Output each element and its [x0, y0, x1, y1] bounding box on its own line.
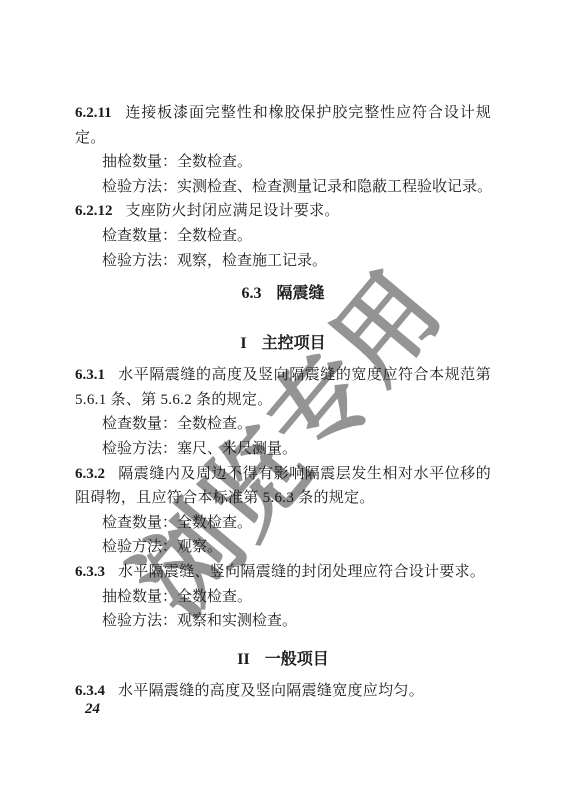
clause-number: 6.3.1: [75, 367, 105, 383]
subheading-main-control-items: I主控项目: [75, 331, 491, 356]
subsection-title: 一般项目: [265, 651, 329, 668]
clause-6-2-11: 6.2.11连接板漆面完整性和橡胶保护胶完整性应符合设计规定。: [75, 101, 491, 150]
inspection-method-line: 检验方法：实测检查、检查测量记录和隐蔽工程验收记录。: [75, 175, 491, 200]
section-title: 隔震缝: [276, 285, 324, 302]
clause-6-3-2: 6.3.2隔震缝内及周边不得有影响隔震层发生相对水平位移的阻碍物，且应符合本标准…: [75, 462, 491, 511]
clause-text: 支座防火封闭应满足设计要求。: [126, 203, 340, 219]
clause-text: 水平隔震缝、竖向隔震缝的封闭处理应符合设计要求。: [118, 564, 485, 580]
clause-text: 连接板漆面完整性和橡胶保护胶完整性应符合设计规定。: [75, 105, 491, 146]
inspection-method-line: 检验方法：观察，检查施工记录。: [75, 249, 491, 274]
clause-6-3-4: 6.3.4水平隔震缝的高度及竖向隔震缝宽度应均匀。: [75, 679, 491, 704]
clause-6-3-1: 6.3.1水平隔震缝的高度及竖向隔震缝的宽度应符合本规范第 5.6.1 条、第 …: [75, 363, 491, 412]
inspection-quantity-line: 抽检数量：全数检查。: [75, 585, 491, 610]
section-heading-6-3: 6.3隔震缝: [75, 281, 491, 306]
clause-number: 6.3.2: [75, 466, 105, 482]
inspection-quantity-line: 抽检数量：全数检查。: [75, 150, 491, 175]
subsection-numeral: I: [240, 335, 246, 352]
inspection-method-line: 检验方法：塞尺、米尺测量。: [75, 437, 491, 462]
subsection-numeral: II: [237, 651, 249, 668]
inspection-method-line: 检验方法：观察。: [75, 535, 491, 560]
clause-text: 隔震缝内及周边不得有影响隔震层发生相对水平位移的阻碍物，且应符合本标准第 5.6…: [75, 466, 491, 507]
inspection-quantity-line: 检查数量：全数检查。: [75, 511, 491, 536]
page-number: 24: [85, 701, 100, 718]
subsection-title: 主控项目: [262, 335, 326, 352]
clause-number: 6.2.12: [75, 203, 113, 219]
clause-text: 水平隔震缝的高度及竖向隔震缝的宽度应符合本规范第 5.6.1 条、第 5.6.2…: [75, 367, 491, 408]
document-page: { "watermark": { "text": "浏览专用", "color"…: [0, 0, 561, 804]
subheading-general-items: II一般项目: [75, 647, 491, 672]
inspection-quantity-line: 检查数量：全数检查。: [75, 412, 491, 437]
clause-number: 6.3.4: [75, 683, 105, 699]
clause-text: 水平隔震缝的高度及竖向隔震缝宽度应均匀。: [118, 683, 424, 699]
page-body: 6.2.11连接板漆面完整性和橡胶保护胶完整性应符合设计规定。 抽检数量：全数检…: [75, 101, 491, 703]
clause-number: 6.3.3: [75, 564, 105, 580]
clause-6-2-12: 6.2.12支座防火封闭应满足设计要求。: [75, 199, 491, 224]
section-number: 6.3: [241, 285, 261, 302]
inspection-quantity-line: 检查数量：全数检查。: [75, 224, 491, 249]
clause-6-3-3: 6.3.3水平隔震缝、竖向隔震缝的封闭处理应符合设计要求。: [75, 560, 491, 585]
inspection-method-line: 检验方法：观察和实测检查。: [75, 609, 491, 634]
clause-number: 6.2.11: [75, 105, 112, 121]
